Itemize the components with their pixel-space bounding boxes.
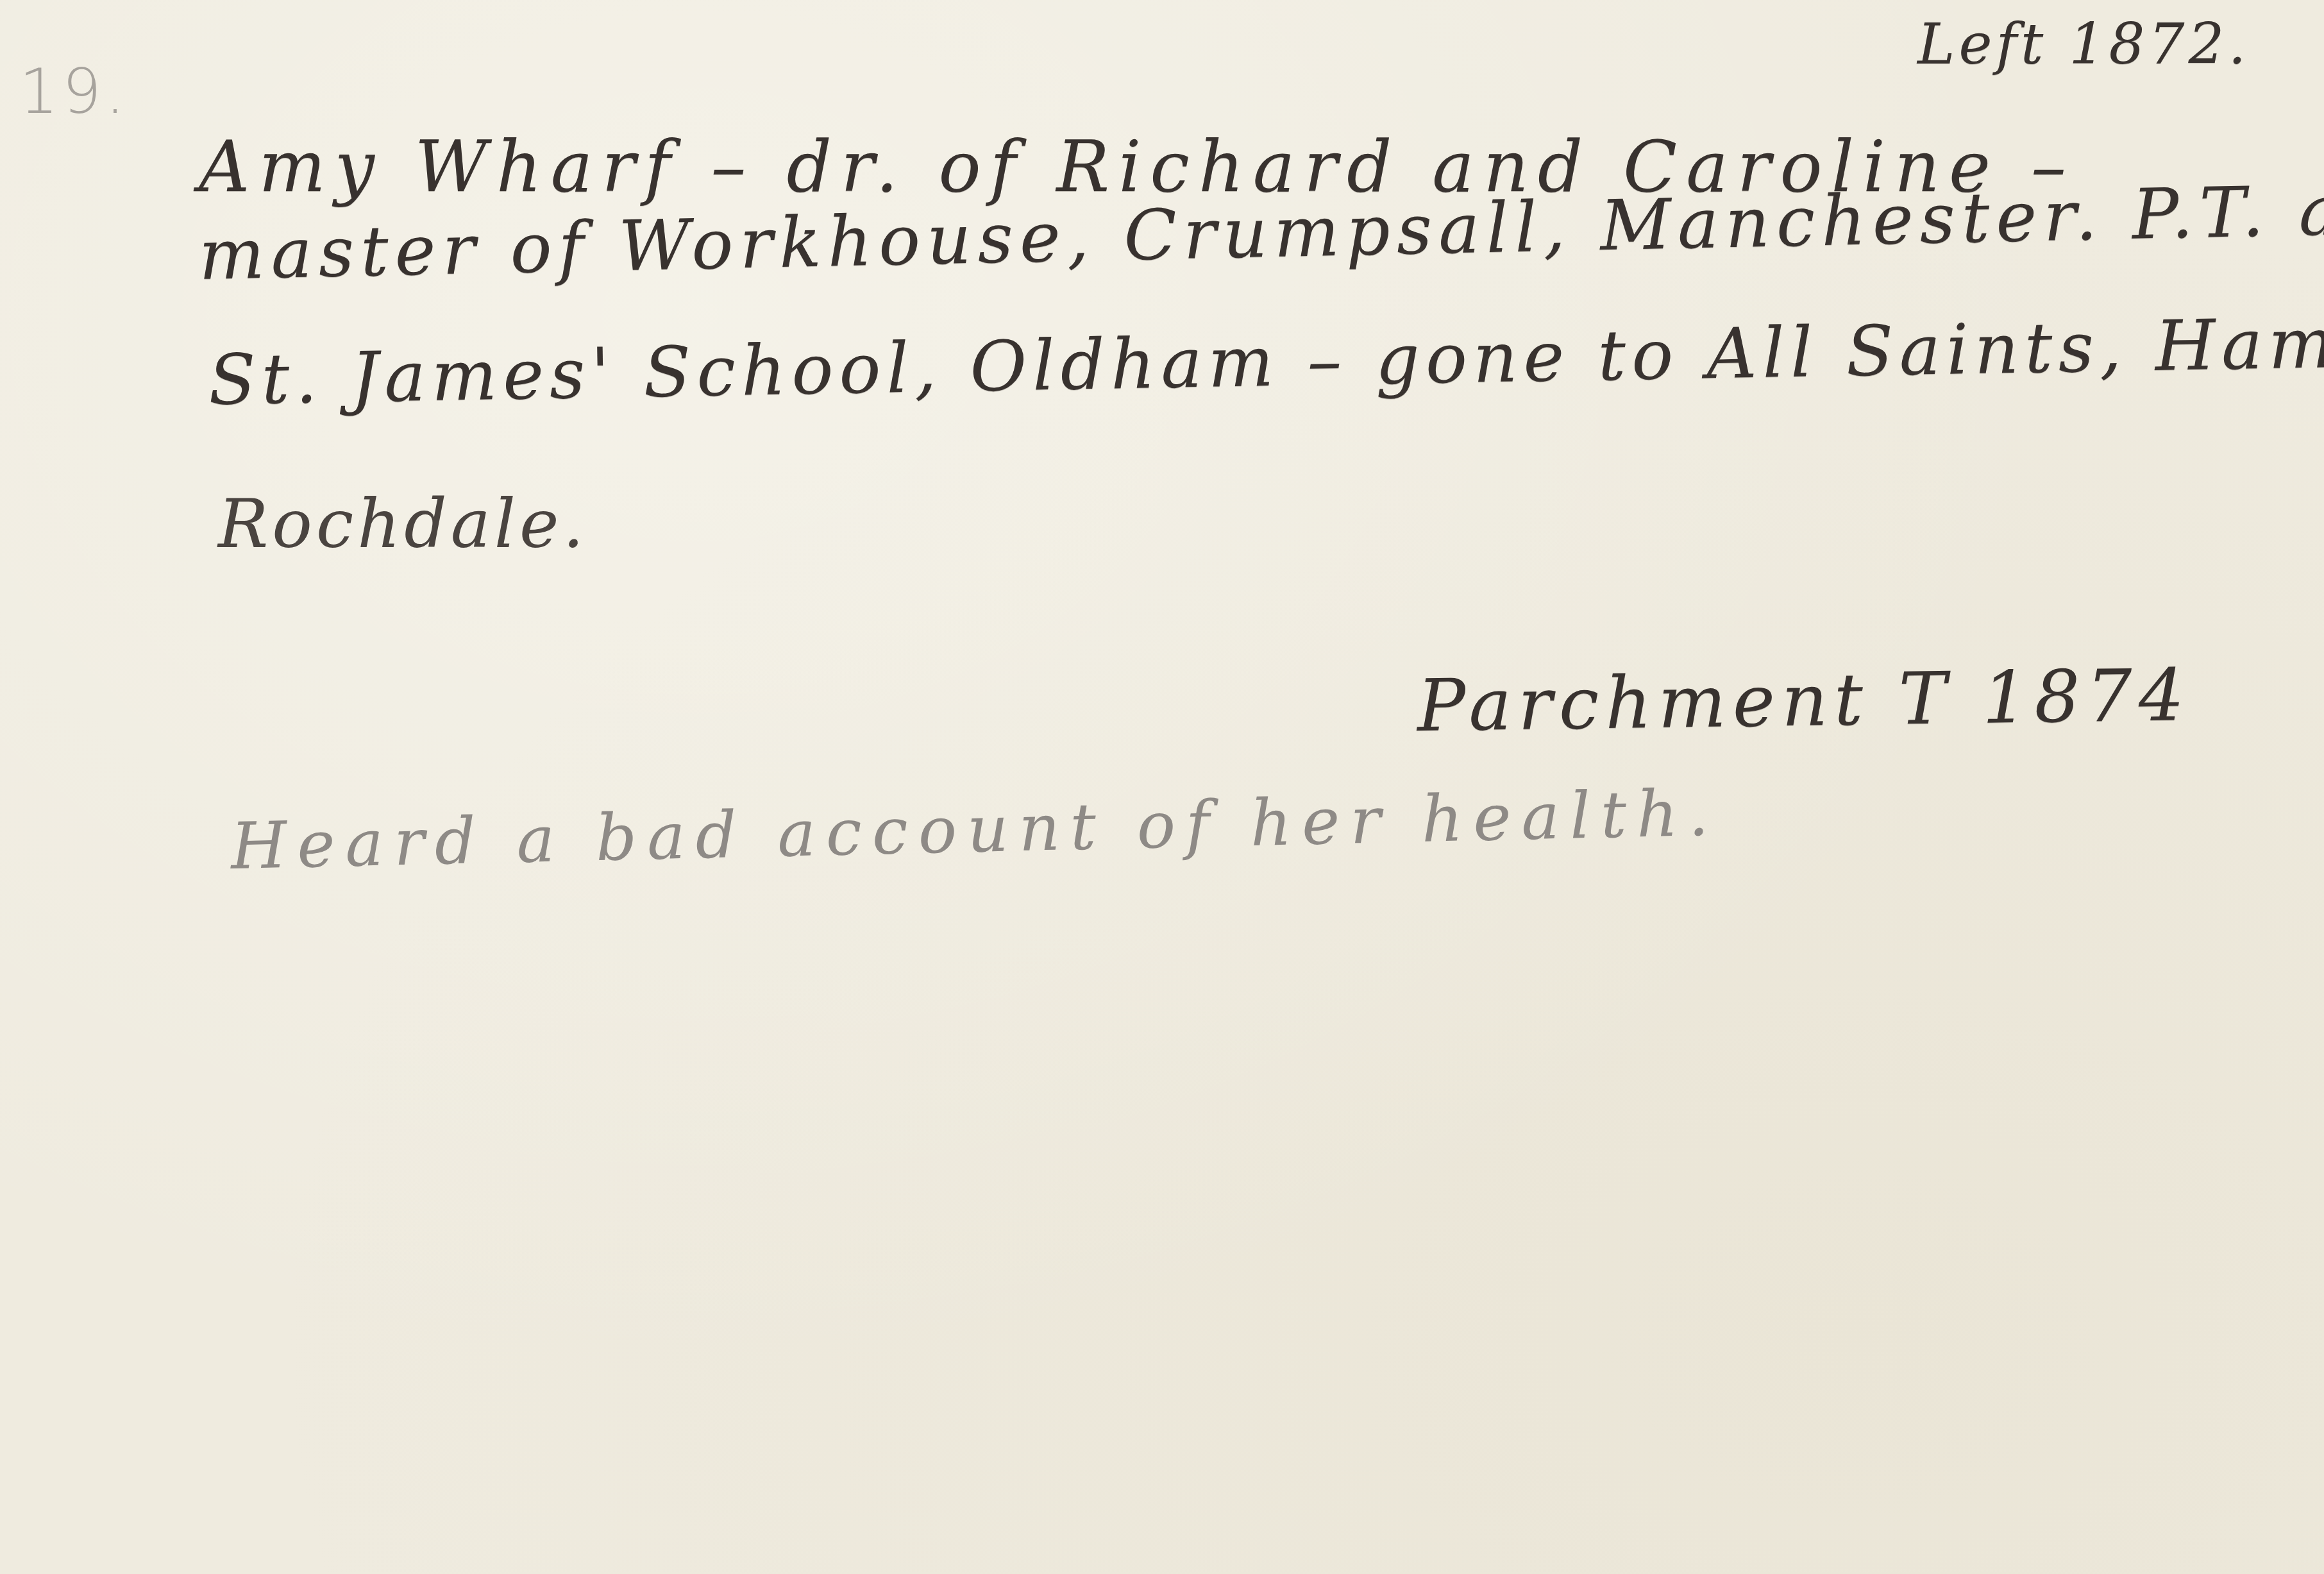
date-left-annotation: Left 1872. — [1917, 16, 2250, 72]
entry-line-4: Rochdale. — [218, 491, 588, 557]
entry-line-3: St. James' School, Oldham – gone to All … — [208, 308, 2324, 416]
register-page: 19. Left 1872. Amy Wharf – dr. of Richar… — [0, 0, 2324, 1574]
parchment-certificate-note: Parchment T 1874 — [1417, 659, 2191, 742]
entry-number: 19. — [19, 61, 129, 123]
health-note: Heard a bad account of her health. — [230, 781, 1719, 879]
